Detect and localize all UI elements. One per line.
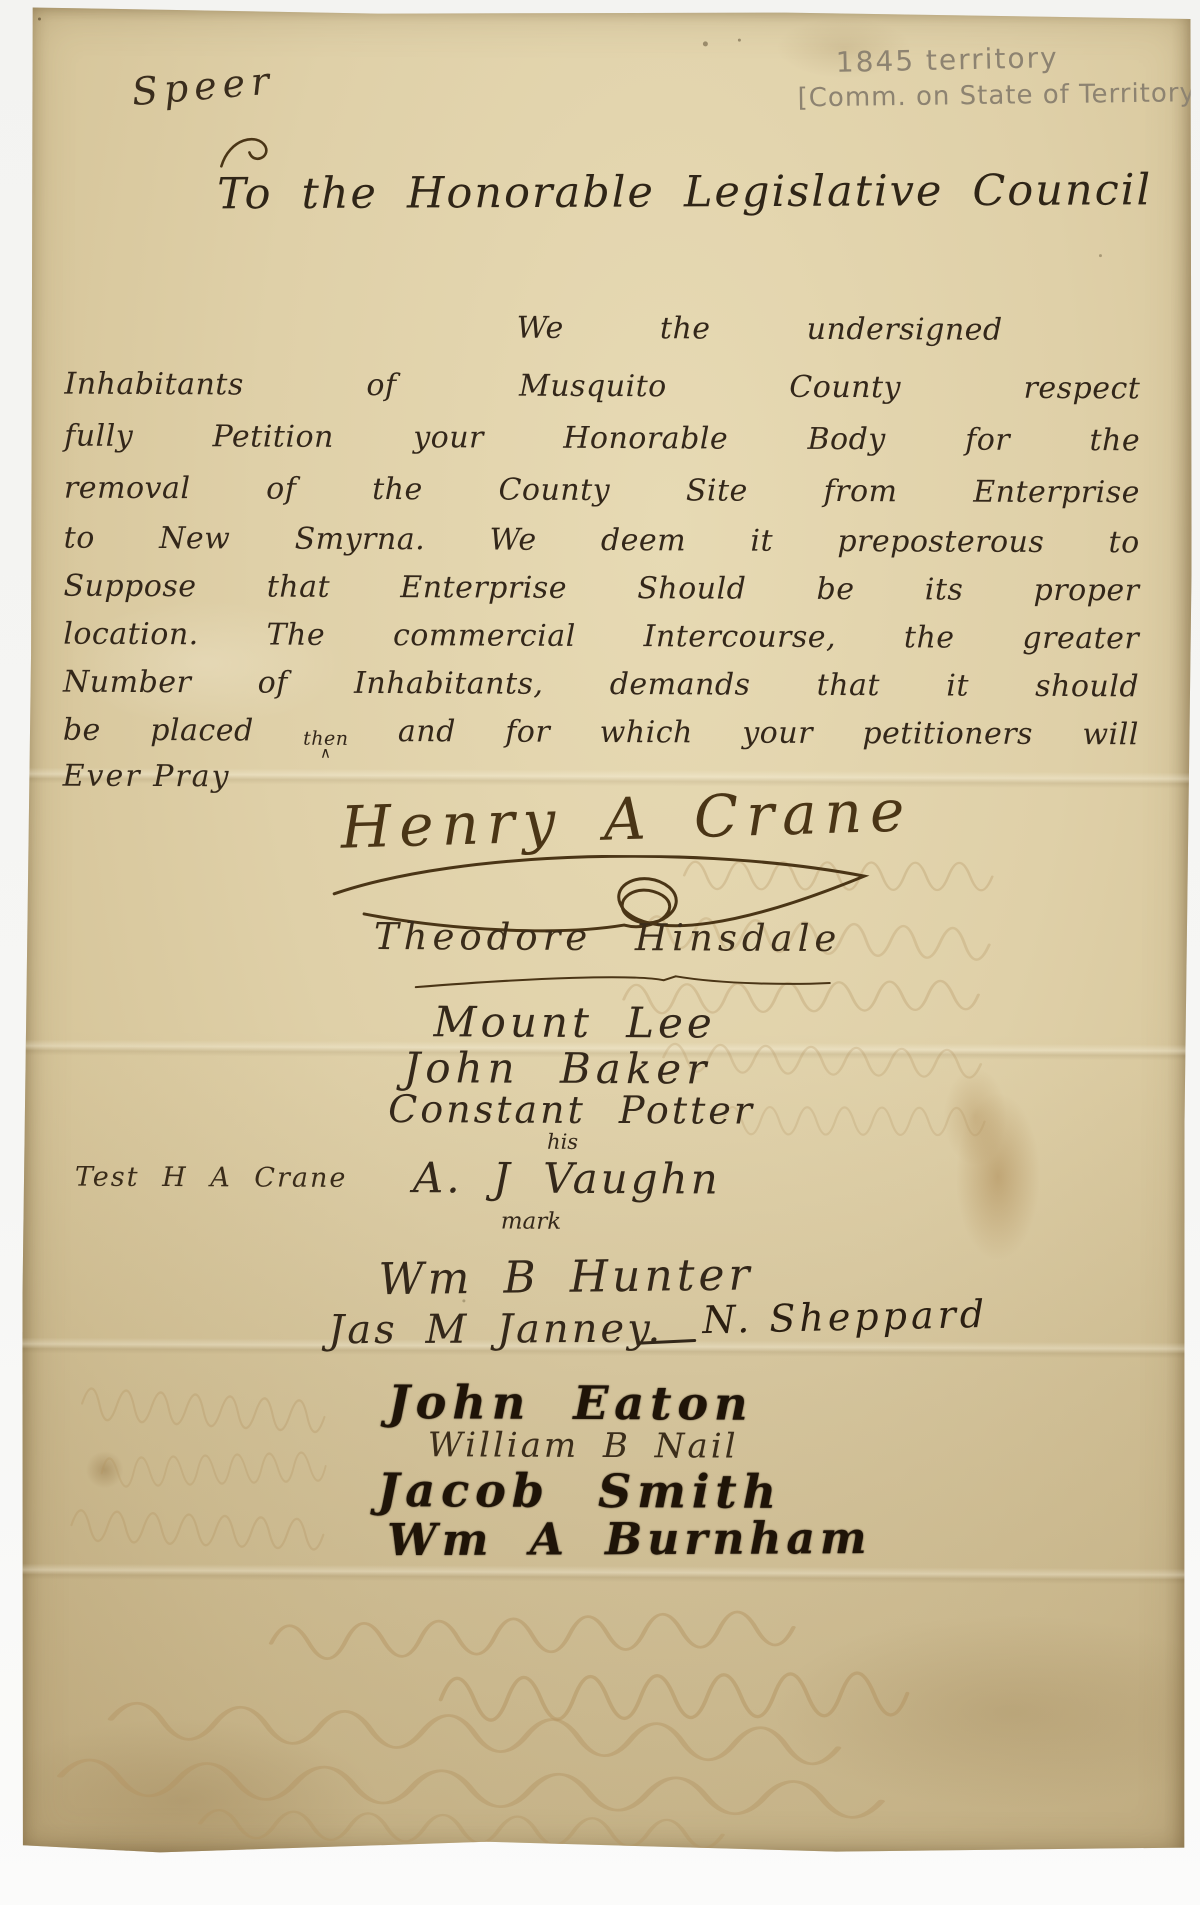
body-opening: We the undersigned (517, 312, 1003, 349)
body-line-8-suffix: and for which your petitioners will (398, 714, 1139, 752)
ink-specks (38, 18, 41, 21)
his-mark-label-bottom: mark (501, 1210, 562, 1236)
body-line-2: fully Petition your Honorable Body for t… (64, 420, 1140, 459)
heading-flourish-stroke (217, 130, 287, 174)
signature-william-b-nail: William B Nail (428, 1427, 739, 1466)
signature-a-j-vaughn: A. J Vaughn (413, 1155, 721, 1203)
signature-john-eaton: John Eaton (388, 1377, 754, 1429)
body-line-8: be placed then ∧ and for which your peti… (63, 714, 1139, 763)
witness-attestation: Test H A Crane (75, 1163, 348, 1194)
committee-annotation: [Comm. on State of Territory] (797, 79, 1200, 114)
signature-wm-b-hunter: Wm B Hunter (378, 1251, 754, 1304)
inserted-word: then ∧ (303, 732, 348, 759)
body-line-6: location. The commercial Intercourse, th… (63, 618, 1139, 657)
signature-jacob-smith: Jacob Smith (377, 1465, 782, 1517)
ink-bleedthrough-stroke (101, 1445, 342, 1494)
body-line-3: removal of the County Site from Enterpri… (64, 472, 1140, 511)
salutation: To the Honorable Legislative Council (217, 166, 1152, 220)
insertion-caret: ∧ (320, 747, 332, 759)
signature-jas-m-janney: Jas M Janney. (328, 1307, 663, 1352)
signature-mount-lee: Mount Lee (434, 999, 716, 1046)
ink-bleedthrough-stroke (723, 1101, 1003, 1142)
body-closing: Ever Pray (63, 760, 231, 794)
signature-wm-a-burnham: Wm A Burnham (387, 1515, 871, 1566)
signature-underline-stroke (414, 971, 834, 995)
body-line-4: to New Smyrna. We deem it preposterous t… (64, 522, 1140, 561)
body-line-1: Inhabitants of Musquito County respect (64, 368, 1140, 407)
body-line-5: Suppose that Enterprise Should be its pr… (63, 570, 1139, 609)
signature-n-sheppard: N. Sheppard (702, 1294, 989, 1342)
body-line-7: Number of Inhabitants, demands that it s… (63, 666, 1139, 705)
signature-constant-potter: Constant Potter (388, 1089, 755, 1132)
scan-backdrop: { "colors": { "backdrop": "#f5f5f3", "pa… (0, 0, 1200, 1905)
document-page: Speer 1845 territory [Comm. on State of … (20, 7, 1194, 1860)
his-mark-label-top: his (547, 1131, 578, 1154)
body-line-8-prefix: be placed (63, 713, 254, 749)
signature-theodore-hinsdale: Theodore Hinsdale (374, 917, 842, 960)
year-annotation: 1845 territory (835, 42, 1059, 79)
signature-john-baker: John Baker (403, 1045, 711, 1093)
